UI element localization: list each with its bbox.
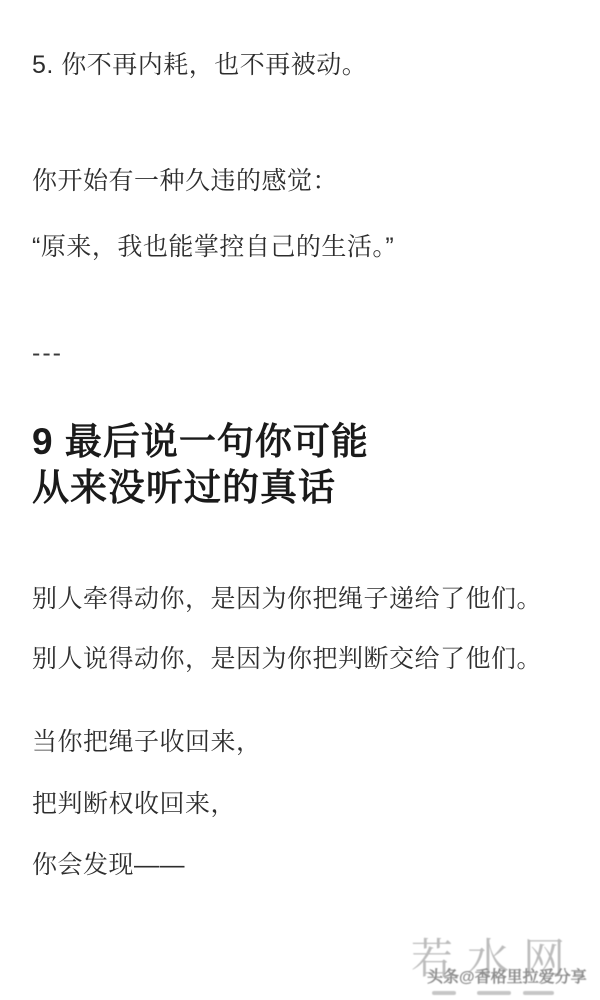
article-screenshot: 5. 你不再内耗，也不再被动。 你开始有一种久违的感觉： “原来，我也能掌控自己… <box>0 0 600 1000</box>
feeling-line: 你开始有一种久违的感觉： <box>32 166 338 196</box>
quote-line: “原来，我也能掌控自己的生活。” <box>32 232 394 262</box>
body-line-rope: 别人牵得动你，是因为你把绳子递给了他们。 <box>32 584 542 614</box>
point5-line: 5. 你不再内耗，也不再被动。 <box>32 50 367 80</box>
body-line-judgement: 别人说得动你，是因为你把判断交给了他们。 <box>32 644 542 674</box>
divider-dashes: --- <box>32 338 63 368</box>
body-line-you-will-find: 你会发现—— <box>32 850 185 880</box>
watermark-blurred-subtext <box>523 991 554 995</box>
section-heading-line2: 从来没听过的真话 <box>32 465 336 511</box>
watermark-blurred-subtext <box>432 991 456 995</box>
watermark-credit-handle: 头条@香格里拉爱分享 <box>427 969 587 987</box>
watermark-blurred-subtext <box>477 991 511 995</box>
section-heading-line1: 9 最后说一句你可能 <box>32 419 369 465</box>
body-line-take-rope-back: 当你把绳子收回来， <box>32 727 262 757</box>
body-line-take-judgement-back: 把判断权收回来， <box>32 789 236 819</box>
